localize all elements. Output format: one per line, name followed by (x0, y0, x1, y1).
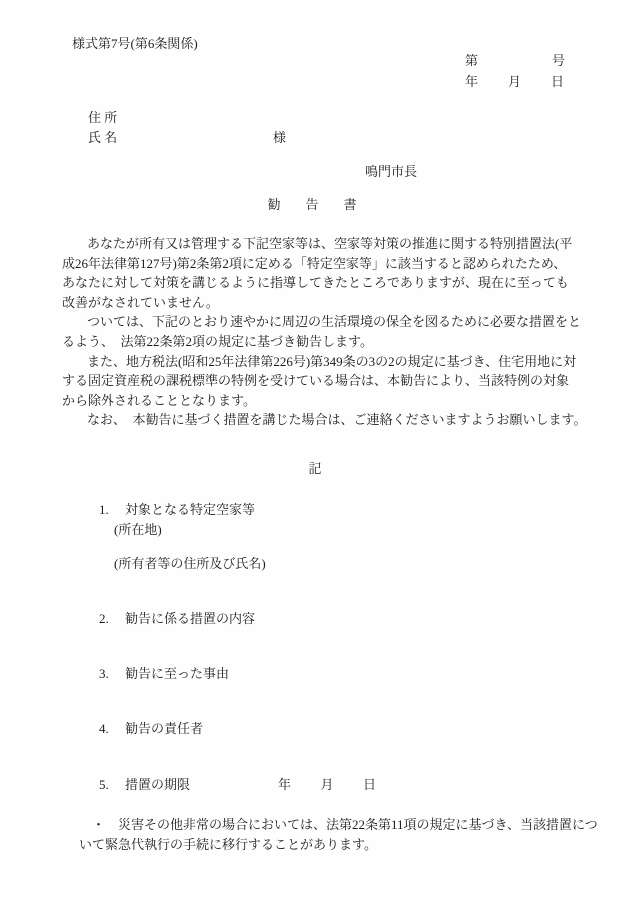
recipient-honorific: 様 (273, 131, 286, 144)
body-line: する固定資産税の課税標準の特例を受けている場合は、本勧告により、当該特例の対象 (62, 371, 586, 391)
recipient-name-label: 氏 名 (88, 131, 117, 144)
body-line: あなたが所有又は管理する下記空家等は、空家等対策の推進に関する特別措置法(平 (62, 234, 586, 254)
date-month-label: 月 (508, 75, 521, 88)
body-line: から除外されることとなります。 (62, 391, 586, 411)
list-item-1-sub-owner: (所有者等の住所及び氏名) (114, 557, 266, 570)
item-number: 1. (99, 503, 125, 516)
deadline-day-label: 日 (363, 778, 376, 791)
item-number: 2. (99, 612, 125, 625)
deadline-year-label: 年 (278, 778, 291, 791)
footnote-line: ・ 災害その他非常の場合においては、法第22条第11項の規定に基づき、当該措置に… (79, 815, 598, 835)
body-line: また、地方税法(昭和25年法律第226号)第349条の3の2の規定に基づき、住宅… (62, 352, 586, 372)
form-number: 様式第7号(第6条関係) (72, 37, 198, 50)
doc-number-suffix: 号 (552, 54, 565, 67)
body-line: るよう、 法第22条第2項の規定に基づき勧告します。 (62, 332, 586, 352)
body-line: なお、 本勧告に基づく措置を講じた場合は、ご連絡くださいますようお願いします。 (62, 410, 586, 430)
body-line: あなたに対して対策を講じるように指導してきたところでありますが、現在に至っても (62, 273, 586, 293)
recipient-address-label: 住 所 (88, 111, 117, 124)
list-item-3: 3.勧告に至った事由 (99, 667, 229, 680)
item-label: 対象となる特定空家等 (125, 502, 255, 517)
deadline-date-line: 年 月 日 (278, 778, 376, 791)
body-line: 成26年法律第127号)第2条第2項に定める「特定空家等」に該当すると認められた… (62, 254, 586, 274)
item-number: 5. (99, 778, 125, 791)
ki-heading: 記 (0, 462, 630, 475)
item-label: 勧告の責任者 (125, 721, 203, 736)
list-item-1-sub-location: (所在地) (114, 523, 162, 536)
doc-number-prefix: 第 (465, 54, 478, 67)
document-page: 様式第7号(第6条関係) 第 号 年 月 日 住 所 氏 名 様 鳴門市長 勧 … (0, 0, 630, 903)
list-item-1: 1.対象となる特定空家等 (99, 503, 255, 516)
body-paragraphs: あなたが所有又は管理する下記空家等は、空家等対策の推進に関する特別措置法(平 成… (62, 234, 586, 430)
body-line: ついては、下記のとおり速やかに周辺の生活環境の保全を図るために必要な措置をと (62, 312, 586, 332)
date-day-label: 日 (551, 75, 564, 88)
date-year-label: 年 (465, 75, 478, 88)
item-number: 4. (99, 722, 125, 735)
document-title: 勧 告 書 (0, 198, 630, 211)
list-item-2: 2.勧告に係る措置の内容 (99, 612, 255, 625)
body-line: 改善がなされていません。 (62, 293, 586, 313)
deadline-month-label: 月 (320, 778, 333, 791)
item-number: 3. (99, 667, 125, 680)
item-label: 勧告に係る措置の内容 (125, 611, 255, 626)
item-label: 措置の期限 (125, 777, 190, 792)
date-line: 年 月 日 (465, 75, 564, 88)
document-number-line: 第 号 (465, 54, 565, 67)
list-item-4: 4.勧告の責任者 (99, 722, 203, 735)
footnote: ・ 災害その他非常の場合においては、法第22条第11項の規定に基づき、当該措置に… (79, 815, 598, 854)
item-label: 勧告に至った事由 (125, 666, 229, 681)
footnote-line: いて緊急代執行の手続に移行することがあります。 (79, 835, 598, 855)
sender-title: 鳴門市長 (365, 165, 417, 178)
list-item-5: 5.措置の期限 (99, 778, 190, 791)
